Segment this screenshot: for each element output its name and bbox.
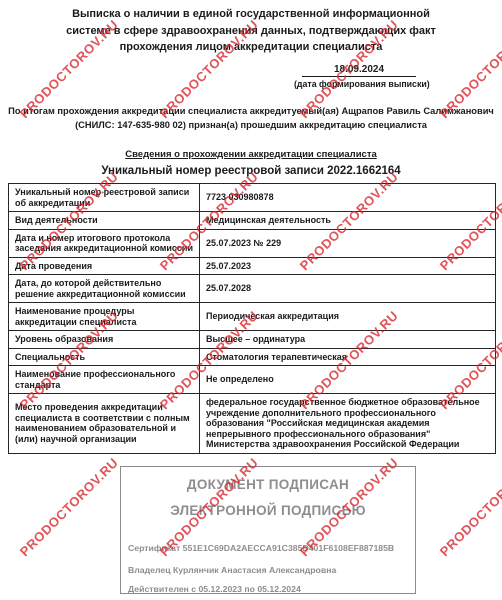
table-row: Вид деятельности Медицинская деятельност… bbox=[9, 212, 496, 230]
accreditation-summary-paragraph: По итогам прохождения аккредитации специ… bbox=[4, 104, 498, 132]
table-row: Дата и номер итогового протокола заседан… bbox=[9, 229, 496, 257]
row-value: федеральное государственное бюджетное об… bbox=[200, 394, 496, 454]
row-label: Наименование процедуры аккредитации спец… bbox=[9, 303, 200, 331]
document-title: Выписка о наличии в единой государственн… bbox=[66, 6, 436, 56]
electronic-signature-stamp: ДОКУМЕНТ ПОДПИСАН ЭЛЕКТРОННОЙ ПОДПИСЬЮ С… bbox=[120, 466, 416, 594]
table-row: Дата, до которой действительно решение а… bbox=[9, 275, 496, 303]
row-value: 25.07.2028 bbox=[200, 275, 496, 303]
row-value: Не определено bbox=[200, 366, 496, 394]
row-value: 25.07.2023 № 229 bbox=[200, 229, 496, 257]
row-label: Наименование профессионального стандарта bbox=[9, 366, 200, 394]
table-row: Наименование процедуры аккредитации спец… bbox=[9, 303, 496, 331]
row-label: Уникальный номер реестровой записи об ак… bbox=[9, 184, 200, 212]
row-label: Вид деятельности bbox=[9, 212, 200, 230]
row-value: 25.07.2023 bbox=[200, 257, 496, 275]
row-value: Высшее – ординатура bbox=[200, 331, 496, 349]
watermark-text: PRODOCTOROV.RU bbox=[17, 455, 121, 559]
row-label: Уровень образования bbox=[9, 331, 200, 349]
accreditation-details-table: Уникальный номер реестровой записи об ак… bbox=[8, 183, 496, 454]
table-row: Наименование профессионального стандарта… bbox=[9, 366, 496, 394]
extract-date-block: 18.09.2024 (дата формирования выписки) bbox=[294, 64, 424, 89]
table-row: Место проведения аккредитации специалист… bbox=[9, 394, 496, 454]
row-label: Дата проведения bbox=[9, 257, 200, 275]
stamp-heading-line2: ЭЛЕКТРОННОЙ ПОДПИСЬЮ bbox=[121, 503, 415, 518]
stamp-heading-line1: ДОКУМЕНТ ПОДПИСАН bbox=[121, 477, 415, 492]
section-heading: Сведения о прохождении аккредитации спец… bbox=[0, 149, 502, 160]
row-label: Специальность bbox=[9, 348, 200, 366]
extract-date-caption: (дата формирования выписки) bbox=[294, 79, 424, 89]
stamp-validity: Действителен с 05.12.2023 по 05.12.2024 bbox=[128, 584, 411, 594]
row-value: Стоматология терапевтическая bbox=[200, 348, 496, 366]
stamp-owner: Владелец Курлянчик Анастасия Александров… bbox=[128, 565, 411, 575]
table-row: Специальность Стоматология терапевтическ… bbox=[9, 348, 496, 366]
stamp-certificate: Сертификат 551E1C69DA2AECCA91C385D401F61… bbox=[128, 543, 411, 553]
table-row: Уникальный номер реестровой записи об ак… bbox=[9, 184, 496, 212]
row-label: Дата и номер итогового протокола заседан… bbox=[9, 229, 200, 257]
table-row: Уровень образования Высшее – ординатура bbox=[9, 331, 496, 349]
accreditation-extract-document: Выписка о наличии в единой государственн… bbox=[0, 0, 502, 600]
row-value: 7723 030980878 bbox=[200, 184, 496, 212]
row-label: Место проведения аккредитации специалист… bbox=[9, 394, 200, 454]
registry-record-title: Уникальный номер реестровой записи 2022.… bbox=[0, 165, 502, 177]
row-value: Периодическая аккредитация bbox=[200, 303, 496, 331]
row-label: Дата, до которой действительно решение а… bbox=[9, 275, 200, 303]
row-value: Медицинская деятельность bbox=[200, 212, 496, 230]
table-row: Дата проведения 25.07.2023 bbox=[9, 257, 496, 275]
watermark-text: PRODOCTOROV.RU bbox=[437, 455, 502, 559]
extract-date-value: 18.09.2024 bbox=[302, 64, 416, 77]
